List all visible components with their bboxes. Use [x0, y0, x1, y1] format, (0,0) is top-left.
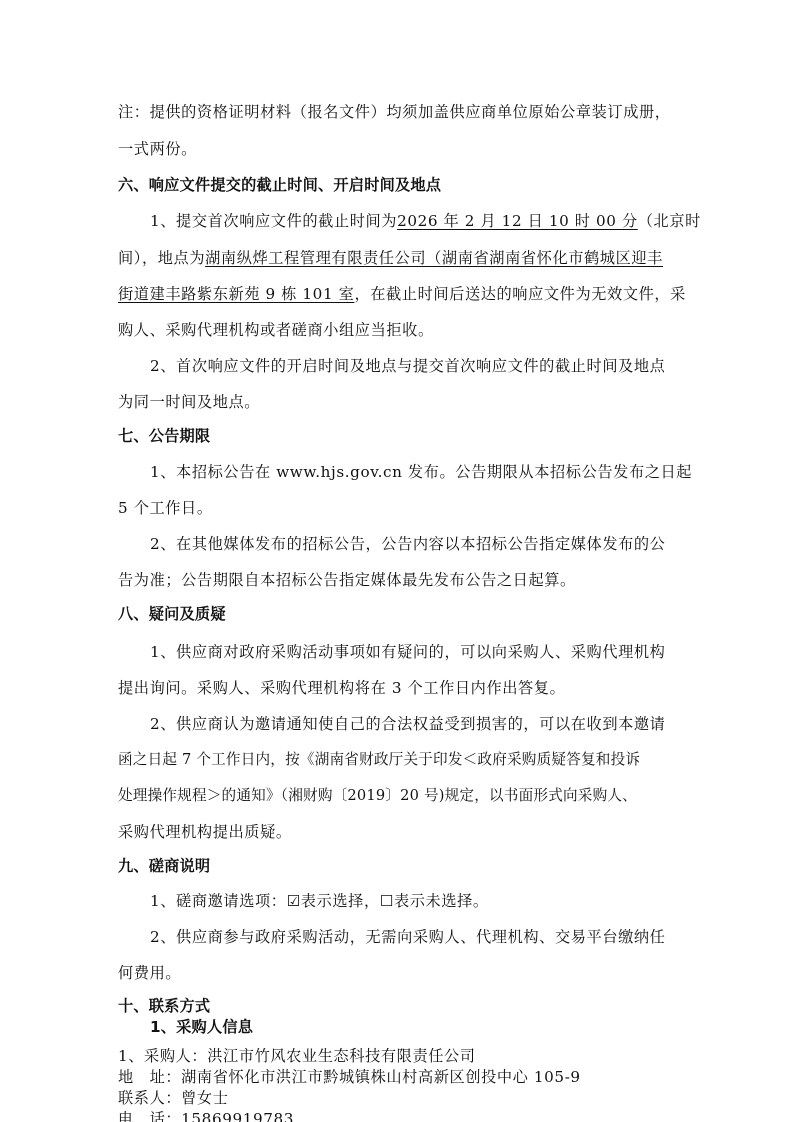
- section-8-p1-line-1: 1、供应商对政府采购活动事项如有疑问的，可以向采购人、采购代理机构: [150, 642, 665, 662]
- text: （北京时: [638, 212, 701, 230]
- deadline-text: 2026 年 2 月 12 日 10 时 00 分: [397, 212, 638, 230]
- unchecked-box-icon: ☐: [380, 891, 394, 911]
- section-8-p2-line-4: 采购代理机构提出质疑。: [118, 822, 292, 842]
- purchaser-info-subheading: 1、采购人信息: [150, 1017, 253, 1037]
- text: 间），地点为: [118, 249, 205, 267]
- section-9-p2-line-1: 2、供应商参与政府采购活动，无需向采购人、代理机构、交易平台缴纳任: [150, 927, 665, 947]
- section-6-p1-line-1: 1、提交首次响应文件的截止时间为2026 年 2 月 12 日 10 时 00 …: [150, 211, 701, 231]
- section-7-p1-line-2: 5 个工作日。: [118, 498, 213, 518]
- section-8-heading: 八、疑问及质疑: [118, 604, 226, 624]
- text: 表示选择，: [301, 892, 380, 910]
- section-8-p1-line-2: 提出询问。采购人、采购代理机构将在 3 个工作日内作出答复。: [118, 678, 565, 698]
- purchaser-address: 地 址：湖南省怀化市洪江市黔城镇株山村高新区创投中心 105-9: [118, 1067, 581, 1087]
- purchaser-name: 1、采购人：洪江市竹风农业生态科技有限责任公司: [118, 1046, 476, 1066]
- section-6-p1-line-3: 街道建丰路紫东新苑 9 栋 101 室，在截止时间后送达的响应文件为无效文件，采: [118, 284, 686, 304]
- note-line-2: 一式两份。: [118, 139, 197, 159]
- section-9-heading: 九、磋商说明: [118, 856, 210, 876]
- section-8-p2-line-2: 函之日起 7 个工作日内，按《湖南省财政厅关于印发＜政府采购质疑答复和投诉: [118, 750, 640, 770]
- section-7-p2-line-2: 告为准；公告期限自本招标公告指定媒体最先发布公告之日起算。: [118, 570, 576, 590]
- purchaser-contact: 联系人：曾女士: [118, 1088, 229, 1108]
- note-line-1: 注：提供的资格证明材料（报名文件）均须加盖供应商单位原始公章装订成册，: [118, 102, 671, 122]
- section-6-p1-line-2: 间），地点为湖南纵烨工程管理有限责任公司（湖南省湖南省怀化市鹤城区迎丰: [118, 248, 663, 268]
- section-7-p2-line-1: 2、在其他媒体发布的招标公告，公告内容以本招标公告指定媒体发布的公: [150, 534, 665, 554]
- location-text: 湖南纵烨工程管理有限责任公司（湖南省湖南省怀化市鹤城区迎丰: [205, 249, 663, 267]
- location-text-cont: 街道建丰路紫东新苑 9 栋 101 室: [118, 285, 354, 303]
- section-6-p1-line-4: 购人、采购代理机构或者磋商小组应当拒收。: [118, 320, 434, 340]
- section-6-heading: 六、响应文件提交的截止时间、开启时间及地点: [118, 175, 441, 195]
- section-7-heading: 七、公告期限: [118, 426, 210, 446]
- text: 1、提交首次响应文件的截止时间为: [150, 212, 397, 230]
- section-10-heading: 十、联系方式: [118, 996, 210, 1016]
- text: ，在截止时间后送达的响应文件为无效文件，采: [354, 285, 686, 303]
- section-6-p2-line-2: 为同一时间及地点。: [118, 392, 260, 412]
- checked-box-icon: ☑: [287, 891, 301, 911]
- section-7-p1-line-1: 1、本招标公告在 www.hjs.gov.cn 发布。公告期限从本招标公告发布之…: [150, 462, 692, 482]
- section-9-p1: 1、磋商邀请选项：☑表示选择，☐表示未选择。: [150, 891, 489, 911]
- section-6-p2-line-1: 2、首次响应文件的开启时间及地点与提交首次响应文件的截止时间及地点: [150, 356, 665, 376]
- purchaser-phone: 电 话：15869919783: [118, 1109, 294, 1122]
- text: 1、磋商邀请选项：: [150, 892, 287, 910]
- section-8-p2-line-3: 处理操作规程＞的通知》（湘财购〔2019〕20 号)规定，以书面形式向采购人、: [118, 786, 637, 806]
- section-9-p2-line-2: 何费用。: [118, 963, 181, 983]
- section-8-p2-line-1: 2、供应商认为邀请通知使自己的合法权益受到损害的，可以在收到本邀请: [150, 714, 665, 734]
- text: 表示未选择。: [394, 892, 489, 910]
